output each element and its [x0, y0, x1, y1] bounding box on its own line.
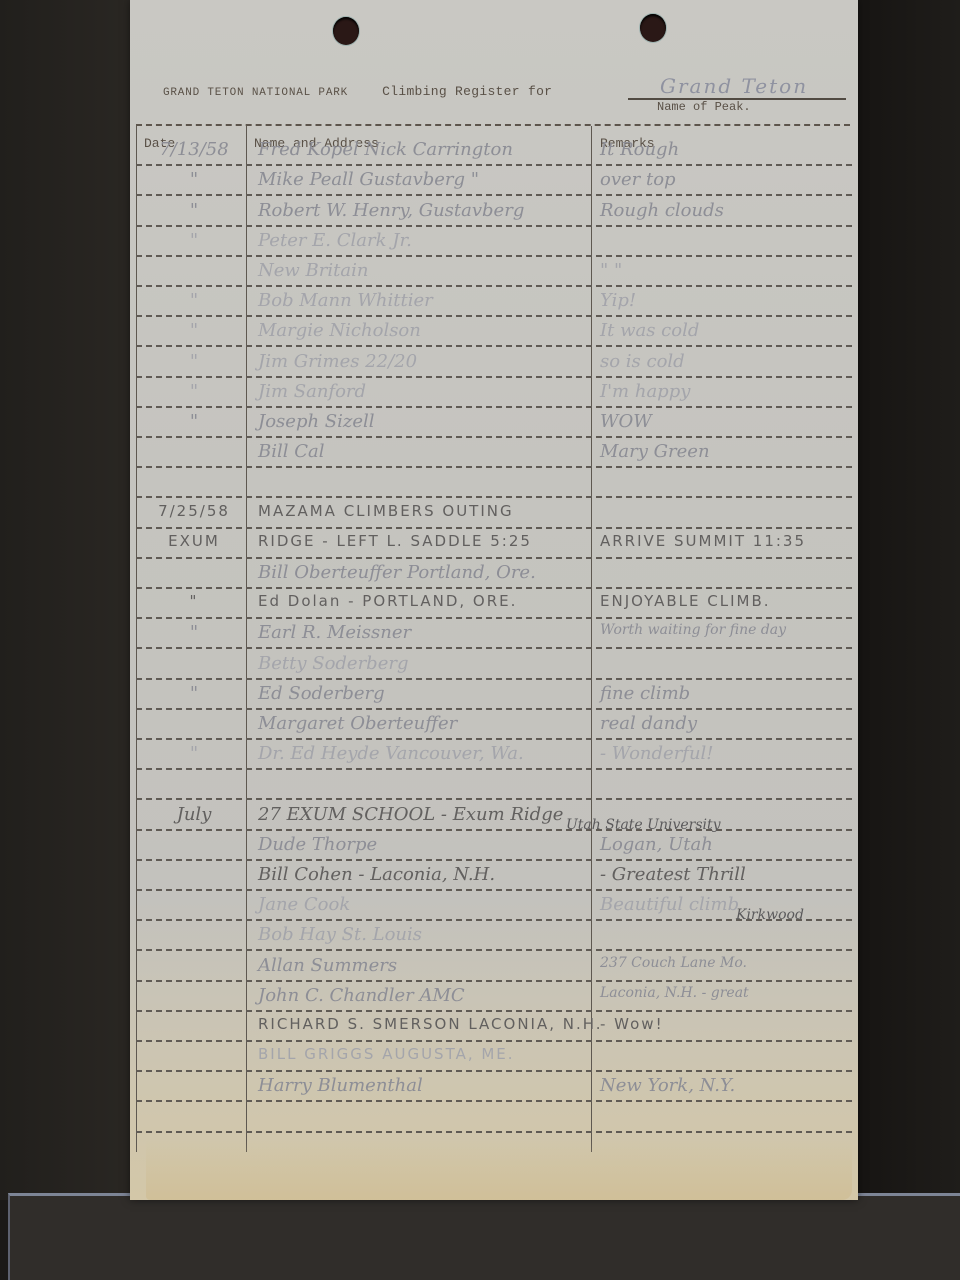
cell-name: Jim Grimes 22/20 [258, 351, 417, 372]
table-row [136, 468, 852, 498]
cell-name: Earl R. Meissner [258, 622, 411, 643]
cell-name: BILL GRIGGS AUGUSTA, ME. [258, 1045, 515, 1063]
cell-name: Margaret Oberteuffer [258, 713, 457, 734]
cell-name: Jane Cook [258, 894, 350, 915]
cell-name: RIDGE - LEFT L. SADDLE 5:25 [258, 532, 532, 550]
cell-remarks: - Greatest Thrill [600, 864, 746, 885]
table-row: Bill Oberteuffer Portland, Ore. [136, 559, 852, 589]
background-right [850, 0, 960, 1200]
table-row: John C. Chandler AMCLaconia, N.H. - grea… [136, 982, 852, 1012]
cell-name: New Britain [258, 260, 368, 281]
table-row: 7/13/58Fred Kopel Nick CarringtonIt Roug… [136, 136, 852, 166]
cell-remarks: so is cold [600, 351, 685, 372]
table-row: "Jim SanfordI'm happy [136, 378, 852, 408]
cell-remarks: Mary Green [600, 441, 710, 462]
cell-name: Joseph Sizell [258, 411, 375, 432]
table-row: Bill CalMary Green [136, 438, 852, 468]
cell-remarks: Laconia, N.H. - great [600, 985, 749, 1001]
cell-remarks: fine climb [600, 683, 690, 704]
register-table: Date Name and Address Remarks 7/13/58Fre… [136, 124, 850, 1152]
peak-name: Grand Teton [660, 74, 808, 98]
park-name: GRAND TETON NATIONAL PARK [163, 87, 348, 99]
table-row: New Britain" " [136, 257, 852, 287]
cell-date: 7/13/58 [146, 139, 242, 160]
cell-remarks: I'm happy [600, 381, 690, 402]
punch-hole-icon [333, 17, 359, 45]
cell-remarks: Logan, Utah [600, 834, 713, 855]
cell-remarks: over top [600, 169, 676, 190]
cell-name: Bill Oberteuffer Portland, Ore. [258, 562, 536, 583]
cell-remarks: ENJOYABLE CLIMB. [600, 592, 771, 610]
cell-name: Robert W. Henry, Gustavberg [258, 200, 524, 221]
cell-remarks: " " [600, 260, 622, 281]
cell-name: Bill Cohen - Laconia, N.H. [258, 864, 495, 885]
cell-name: Bill Cal [258, 441, 324, 462]
cell-name: Ed Dolan - PORTLAND, ORE. [258, 592, 517, 610]
cell-name: Fred Kopel Nick Carrington [258, 139, 513, 160]
cell-name: Betty Soderberg [258, 653, 409, 674]
punch-hole-icon [640, 14, 666, 42]
cell-date: " [146, 320, 242, 341]
table-row: "Ed Dolan - PORTLAND, ORE.ENJOYABLE CLIM… [136, 589, 852, 619]
cell-remarks: New York, N.Y. [600, 1075, 735, 1096]
cell-remarks: WOW [600, 411, 652, 432]
cell-name: Dude Thorpe [258, 834, 377, 855]
cell-remarks: - Wow! [600, 1015, 664, 1033]
cell-name: Jim Sanford [258, 381, 366, 402]
cell-date: " [146, 290, 242, 311]
table-row: RICHARD S. SMERSON LACONIA, N.H.- Wow! [136, 1012, 852, 1042]
cell-remarks: Beautiful climb [600, 894, 739, 915]
peak-caption: Name of Peak. [657, 100, 751, 114]
cell-name: Bob Mann Whittier [258, 290, 433, 311]
table-row: Dude ThorpeLogan, UtahUtah State Univers… [136, 831, 852, 861]
cell-name: MAZAMA CLIMBERS OUTING [258, 502, 514, 520]
cell-name: Harry Blumenthal [258, 1075, 423, 1096]
cell-name: Dr. Ed Heyde Vancouver, Wa. [258, 743, 524, 764]
cell-name: Mike Peall Gustavberg " [258, 169, 479, 190]
table-row: "Peter E. Clark Jr. [136, 227, 852, 257]
table-row: "Robert W. Henry, GustavbergRough clouds [136, 197, 852, 227]
cell-date: " [146, 169, 242, 190]
background-left [0, 0, 135, 1200]
cell-remarks: Worth waiting for fine day [600, 622, 786, 638]
cell-remarks-note: Utah State University [566, 817, 721, 833]
table-row: Margaret Oberteufferreal dandy [136, 710, 852, 740]
cell-name: 27 EXUM SCHOOL - Exum Ridge [258, 804, 563, 825]
cell-name: John C. Chandler AMC [258, 985, 465, 1006]
cell-remarks: - Wonderful! [600, 743, 714, 764]
table-row: "Mike Peall Gustavberg "over top [136, 166, 852, 196]
cell-date: " [146, 381, 242, 402]
cell-date: " [146, 592, 242, 610]
table-row: Betty Soderberg [136, 650, 852, 680]
cell-date: " [146, 743, 242, 764]
cell-name: Peter E. Clark Jr. [258, 230, 412, 251]
cell-name: Allan Summers [258, 955, 397, 976]
table-row: 7/25/58MAZAMA CLIMBERS OUTING [136, 499, 852, 529]
table-row: Bob Hay St. LouisKirkwood [136, 921, 852, 951]
display-board [8, 1193, 960, 1280]
cell-remarks: 237 Couch Lane Mo. [600, 955, 747, 971]
cell-date: 7/25/58 [146, 502, 242, 520]
table-row: July27 EXUM SCHOOL - Exum Ridge [136, 801, 852, 831]
table-row: Harry BlumenthalNew York, N.Y. [136, 1072, 852, 1102]
cell-remarks: real dandy [600, 713, 697, 734]
table-row: Bill Cohen - Laconia, N.H.- Greatest Thr… [136, 861, 852, 891]
register-sheet: GRAND TETON NATIONAL PARK Climbing Regis… [130, 0, 858, 1200]
table-row: "Earl R. MeissnerWorth waiting for fine … [136, 619, 852, 649]
table-row: Allan Summers237 Couch Lane Mo. [136, 952, 852, 982]
table-row [136, 770, 852, 800]
cell-date: " [146, 683, 242, 704]
cell-date: " [146, 622, 242, 643]
cell-date: EXUM [146, 532, 242, 550]
cell-date: " [146, 411, 242, 432]
table-row [136, 1103, 852, 1133]
cell-remarks: It was cold [600, 320, 699, 341]
table-row: "Joseph SizellWOW [136, 408, 852, 438]
cell-name: Margie Nicholson [258, 320, 421, 341]
table-row: "Dr. Ed Heyde Vancouver, Wa.- Wonderful! [136, 740, 852, 770]
cell-remarks: Yip! [600, 290, 636, 311]
cell-remarks: It Rough [600, 139, 679, 160]
cell-date: " [146, 351, 242, 372]
table-row: "Margie NicholsonIt was cold [136, 317, 852, 347]
table-row: EXUMRIDGE - LEFT L. SADDLE 5:25ARRIVE SU… [136, 529, 852, 559]
cell-date: July [146, 804, 242, 825]
cell-name: Bob Hay St. Louis [258, 924, 422, 945]
cell-date: " [146, 230, 242, 251]
cell-name: RICHARD S. SMERSON LACONIA, N.H. [258, 1015, 603, 1033]
cell-remarks: Rough clouds [600, 200, 724, 221]
cell-remarks-note: Kirkwood [736, 907, 804, 923]
sheet-header: GRAND TETON NATIONAL PARK Climbing Regis… [163, 84, 552, 99]
table-row: "Jim Grimes 22/20so is cold [136, 348, 852, 378]
cell-remarks: ARRIVE SUMMIT 11:35 [600, 532, 806, 550]
table-row: "Ed Soderbergfine climb [136, 680, 852, 710]
table-row: "Bob Mann WhittierYip! [136, 287, 852, 317]
table-row: BILL GRIGGS AUGUSTA, ME. [136, 1042, 852, 1072]
register-label: Climbing Register for [382, 84, 552, 99]
cell-name: Ed Soderberg [258, 683, 385, 704]
cell-date: " [146, 200, 242, 221]
